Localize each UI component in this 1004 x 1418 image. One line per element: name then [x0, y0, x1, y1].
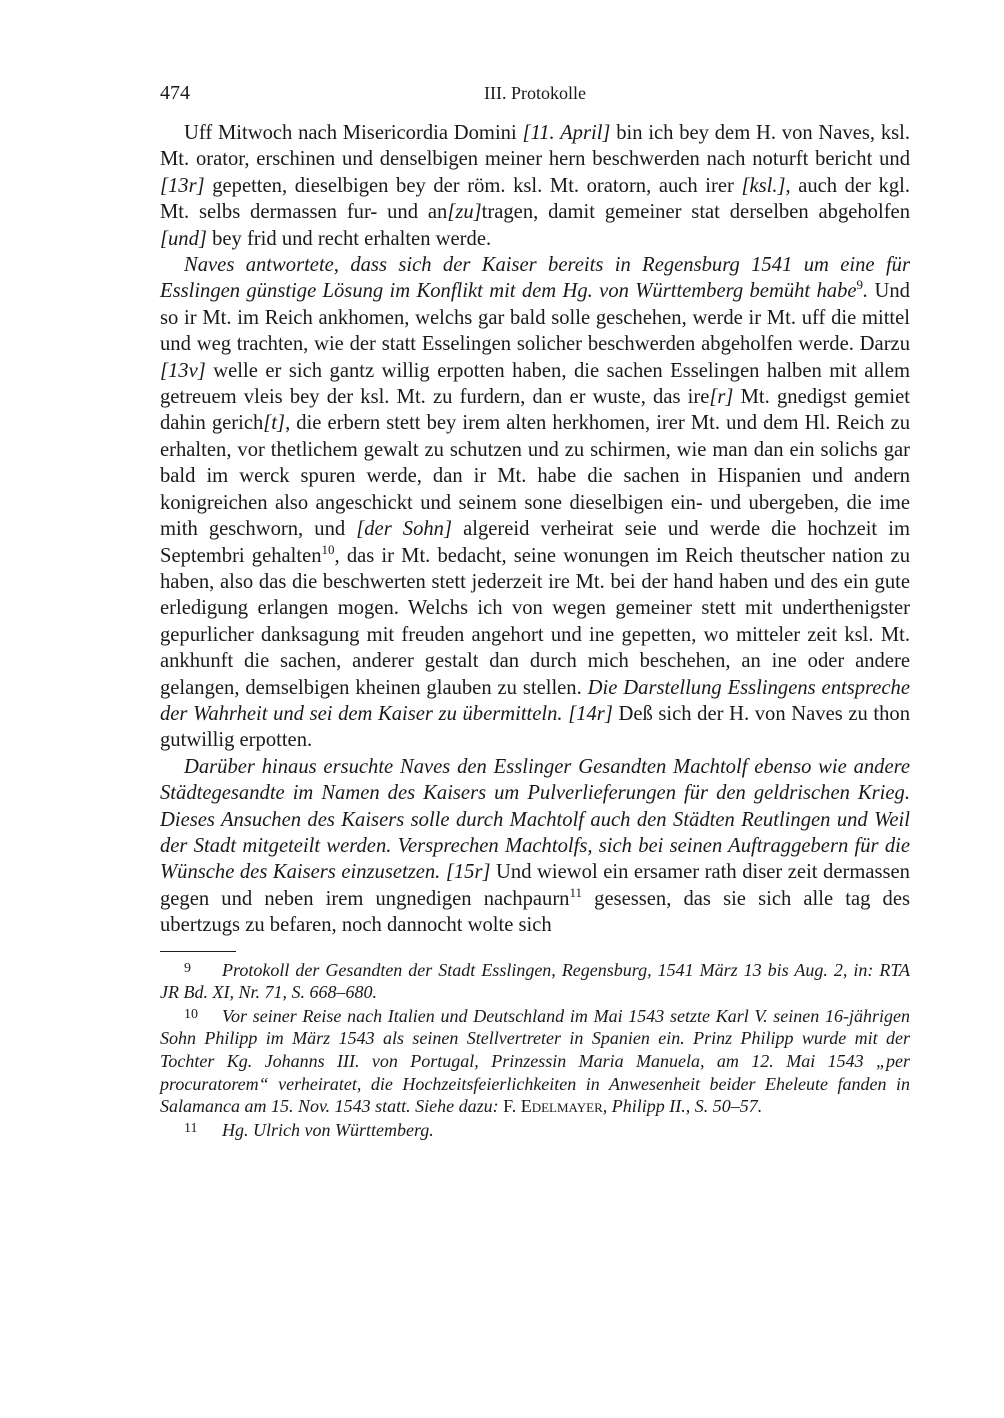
footnote-text: F. — [503, 1096, 521, 1116]
italic-segment: Naves antwortete, dass sich der Kaiser b… — [160, 254, 910, 302]
text-segment: bey frid und recht erhalten werde. — [207, 228, 491, 250]
italic-segment: [11. April] — [522, 122, 610, 144]
footnote: 11Hg. Ulrich von Württemberg. — [160, 1118, 910, 1142]
footnote-number: 10 — [184, 1004, 222, 1027]
footnote-text: Protokoll der Gesandten der Stadt Esslin… — [160, 960, 910, 1003]
footnote: 10Vor seiner Reise nach Italien und Deut… — [160, 1004, 910, 1118]
footnote-reference: 10 — [322, 542, 335, 557]
italic-segment: [13r] — [160, 175, 205, 197]
paragraph: Darüber hinaus ersuchte Naves den Esslin… — [160, 754, 910, 939]
text-segment: tragen, damit gemeiner stat derselben ab… — [482, 201, 910, 223]
footnote-divider — [160, 951, 236, 952]
text-segment: gepetten, dieselbigen bey der röm. ksl. … — [205, 175, 742, 197]
footnote-reference: 11 — [569, 885, 582, 900]
footnote-text: Hg. Ulrich von Württemberg. — [222, 1120, 434, 1140]
text-segment: Uff Mitwoch nach Misericordia Domini — [184, 122, 522, 144]
italic-segment: [zu] — [447, 201, 481, 223]
footnote-number: 9 — [184, 958, 222, 981]
footnote-number: 11 — [184, 1118, 222, 1141]
running-head: 474 III. Protokolle — [160, 78, 910, 108]
italic-segment: [t] — [263, 412, 285, 434]
italic-segment: [13v] — [160, 360, 206, 382]
paragraph: Uff Mitwoch nach Misericordia Domini [11… — [160, 120, 910, 252]
footnotes: 9Protokoll der Gesandten der Stadt Essli… — [160, 958, 910, 1142]
italic-segment: [r] — [709, 386, 733, 408]
text-segment: , das ir Mt. bedacht, seine wonungen im … — [160, 545, 910, 699]
footnote-text: , Philipp II., S. 50–57. — [603, 1096, 763, 1116]
footnote: 9Protokoll der Gesandten der Stadt Essli… — [160, 958, 910, 1004]
italic-segment: [der Sohn] — [356, 518, 452, 540]
body-text: Uff Mitwoch nach Misericordia Domini [11… — [160, 120, 910, 939]
italic-segment: [ksl.] — [741, 175, 785, 197]
paragraph: Naves antwortete, dass sich der Kaiser b… — [160, 252, 910, 754]
footnote-text: Edelmayer — [521, 1096, 603, 1116]
document-page: 474 III. Protokolle Uff Mitwoch nach Mis… — [160, 78, 910, 1141]
running-title: III. Protokolle — [160, 78, 910, 108]
italic-segment: [und] — [160, 228, 207, 250]
